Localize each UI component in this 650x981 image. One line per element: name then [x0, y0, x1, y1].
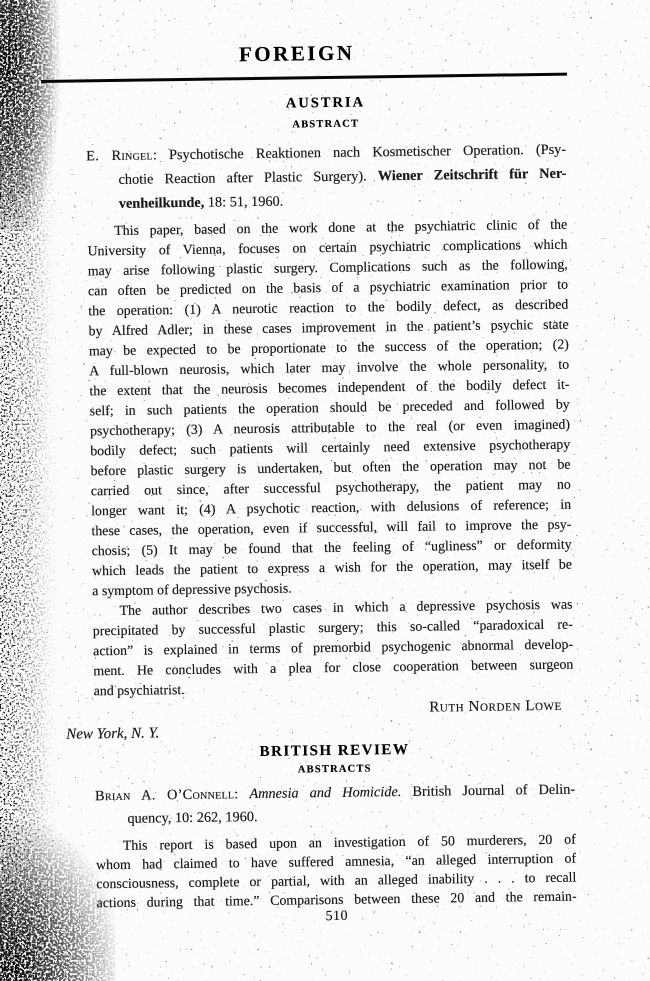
- page-header-title: FOREIGN: [57, 37, 537, 70]
- citation-oconnell: Brian A. O’Connell: Amnesia and Homicide…: [95, 779, 576, 832]
- abstract-paragraph-2: The author describes two cases in which …: [92, 596, 573, 703]
- text-segment: a symptom of depressive psychosis.: [92, 582, 292, 600]
- austria-abstract-label: ABSTRACT: [86, 115, 566, 135]
- text-segment: and psychiatrist.: [94, 683, 185, 699]
- scanned-journal-page: FOREIGN AUSTRIA ABSTRACT E. Ringel: Psyc…: [0, 0, 650, 981]
- text-segment: ment. He concludes with a plea for close…: [93, 658, 573, 680]
- text-segment: chotie Reaction after Plastic Surgery).: [118, 168, 378, 188]
- text-segment: :: [234, 786, 249, 802]
- text-segment: E. Ringel: [86, 147, 153, 164]
- text-segment: Wiener Zeitschrift für Ner-: [378, 166, 567, 185]
- page-content: FOREIGN AUSTRIA ABSTRACT E. Ringel: Psyc…: [85, 37, 577, 930]
- text-segment: quency, 10: 262, 1960.: [127, 809, 257, 827]
- text-segment: venheilkunde,: [119, 195, 205, 212]
- text-segment: Amnesia and Homicide.: [249, 784, 401, 802]
- austria-section-heading: AUSTRIA: [85, 91, 565, 116]
- abstract-paragraph-3: This report is based upon an investigati…: [96, 831, 577, 914]
- text-segment: Brian A. O’Connell: [95, 786, 234, 804]
- text-segment: : Psychotische Reaktionen nach Kosmetisc…: [153, 142, 566, 164]
- text-segment: which leads the patient to express a wis…: [92, 558, 572, 580]
- text-segment: British Journal of Delin-: [401, 782, 575, 800]
- citation-ringel: E. Ringel: Psychotische Reaktionen nach …: [86, 138, 567, 217]
- abstract-paragraph-1: This paper, based on the work done at th…: [87, 216, 572, 603]
- text-segment: 18: 51, 1960.: [204, 194, 283, 211]
- header-rule: [41, 73, 567, 83]
